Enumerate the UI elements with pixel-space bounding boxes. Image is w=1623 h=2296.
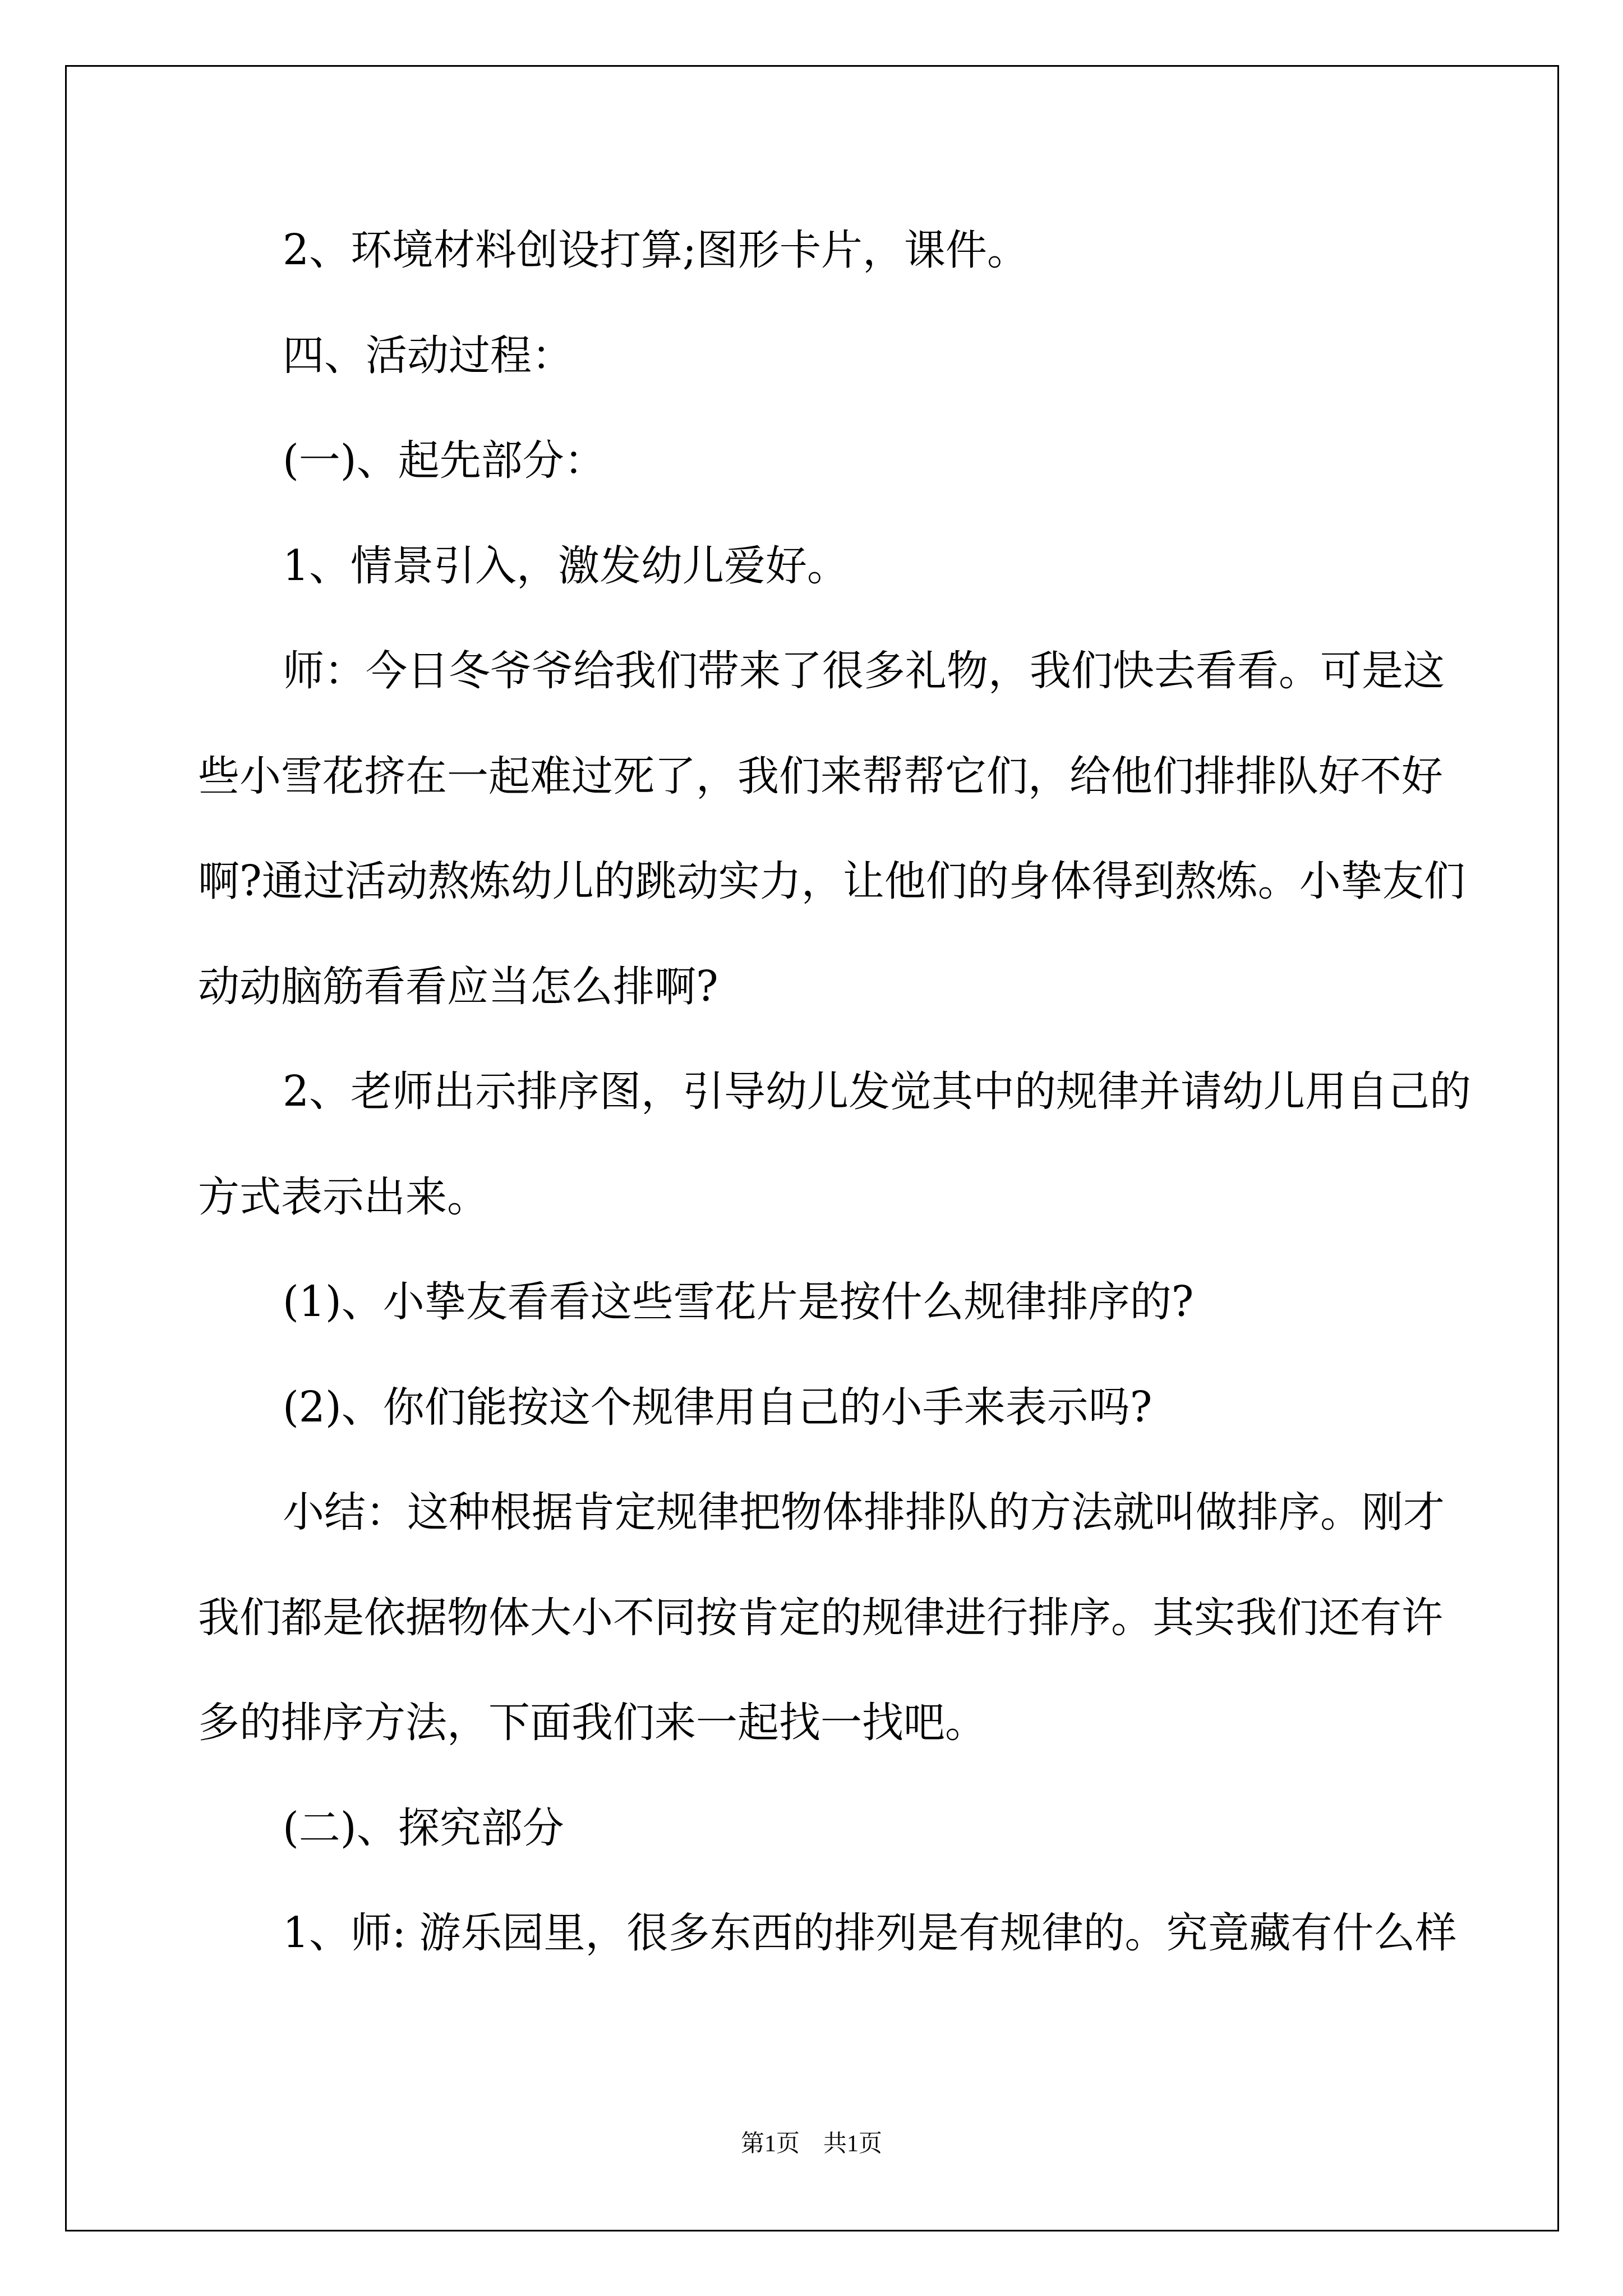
text-line: 些小雪花挤在一起难过死了，我们来帮帮它们，给他们排排队好不好 xyxy=(198,724,1426,830)
section-heading: 四、活动过程： xyxy=(198,303,1426,409)
text-line: 多的排序方法，下面我们来一起找一找吧。 xyxy=(198,1671,1426,1776)
subsection-heading: (一)、起先部分： xyxy=(198,408,1426,514)
text-line: 动动脑筋看看应当怎么排啊? xyxy=(198,935,1426,1040)
text-line: 我们都是依据物体大小不同按肯定的规律进行排序。其实我们还有许 xyxy=(198,1566,1426,1671)
text-line: 1、师: 游乐园里，很多东西的排列是有规律的。究竟藏有什么样 xyxy=(198,1881,1426,1986)
document-body: 2、环境材料创设打算;图形卡片，课件。 四、活动过程： (一)、起先部分： 1、… xyxy=(198,198,1426,1986)
text-line: (1)、小挚友看看这些雪花片是按什么规律排序的? xyxy=(198,1250,1426,1355)
page-number-total: 共1页 xyxy=(823,2131,882,2157)
subsection-heading: (二)、探究部分 xyxy=(198,1776,1426,1881)
text-line: 2、老师出示排序图，引导幼儿发觉其中的规律并请幼儿用自己的 xyxy=(198,1039,1426,1145)
text-line: 方式表示出来。 xyxy=(198,1145,1426,1250)
text-line: 1、情景引入，激发幼儿爱好。 xyxy=(198,514,1426,619)
text-line: (2)、你们能按这个规律用自己的小手来表示吗? xyxy=(198,1355,1426,1461)
text-line: 啊?通过活动熬炼幼儿的跳动实力，让他们的身体得到熬炼。小挚友们 xyxy=(198,829,1426,935)
text-line: 师：今日冬爷爷给我们带来了很多礼物，我们快去看看。可是这 xyxy=(198,619,1426,724)
page-footer: 第1页共1页 xyxy=(0,2129,1623,2159)
page-number-current: 第1页 xyxy=(741,2131,800,2157)
text-line: 2、环境材料创设打算;图形卡片，课件。 xyxy=(198,198,1426,303)
text-line: 小结：这种根据肯定规律把物体排排队的方法就叫做排序。刚才 xyxy=(198,1460,1426,1566)
